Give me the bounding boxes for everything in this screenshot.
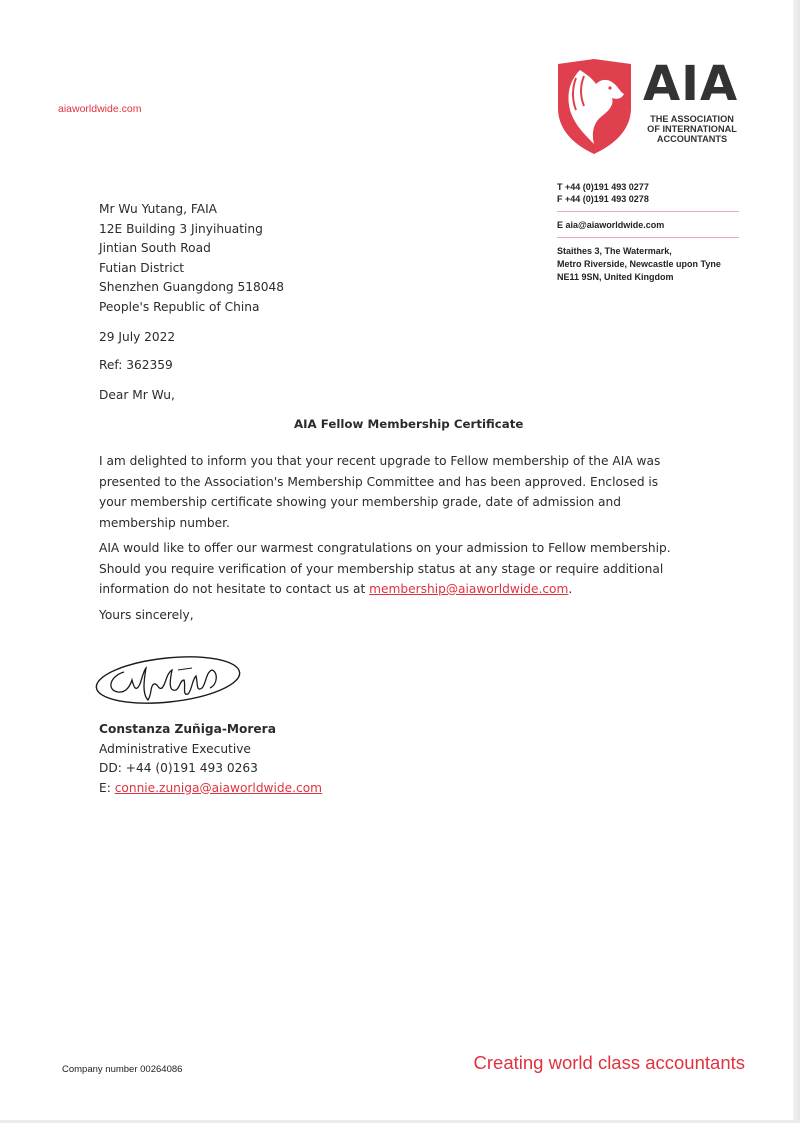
signer-title: Administrative Executive [99,740,322,760]
address-line: Staithes 3, The Watermark, [557,245,739,257]
divider [557,211,739,212]
tagline: Creating world class accountants [474,1052,745,1074]
logo-subtitle: THE ASSOCIATION OF INTERNATIONAL ACCOUNT… [642,114,742,144]
signer-name: Constanza Zuñiga-Morera [99,720,322,740]
signer-email-link[interactable]: connie.zuniga@aiaworldwide.com [115,781,322,795]
logo-wordmark: AIA [643,58,738,110]
recipient-address: Mr Wu Yutang, FAIA 12E Building 3 Jinyih… [99,200,284,317]
contact-block: T +44 (0)191 493 0277 F +44 (0)191 493 0… [557,181,739,283]
membership-email-link[interactable]: membership@aiaworldwide.com [369,582,568,596]
contact-email[interactable]: E aia@aiaworldwide.com [557,219,739,231]
signer-block: Constanza Zuñiga-Morera Administrative E… [99,720,322,798]
divider [557,237,739,238]
fax: F +44 (0)191 493 0278 [557,193,739,205]
website-link[interactable]: aiaworldwide.com [58,103,141,115]
body-paragraph: AIA would like to offer our warmest cong… [99,538,679,600]
closing: Yours sincerely, [99,606,194,626]
telephone: T +44 (0)191 493 0277 [557,181,739,193]
letter-subject: AIA Fellow Membership Certificate [294,417,523,431]
reference-number: Ref: 362359 [99,356,173,376]
aia-logo: AIA THE ASSOCIATION OF INTERNATIONAL ACC… [556,58,756,158]
address-line: NE11 9SN, United Kingdom [557,271,739,283]
salutation: Dear Mr Wu, [99,386,175,406]
signature-image [92,650,252,710]
shield-griffin-icon [556,58,633,155]
page-edge [793,0,800,1123]
signer-email-line: E: connie.zuniga@aiaworldwide.com [99,779,322,799]
address-line: Metro Riverside, Newcastle upon Tyne [557,258,739,270]
letter-date: 29 July 2022 [99,328,175,348]
body-paragraph: I am delighted to inform you that your r… [99,451,679,533]
company-number: Company number 00264086 [62,1064,182,1075]
signer-phone: DD: +44 (0)191 493 0263 [99,759,322,779]
